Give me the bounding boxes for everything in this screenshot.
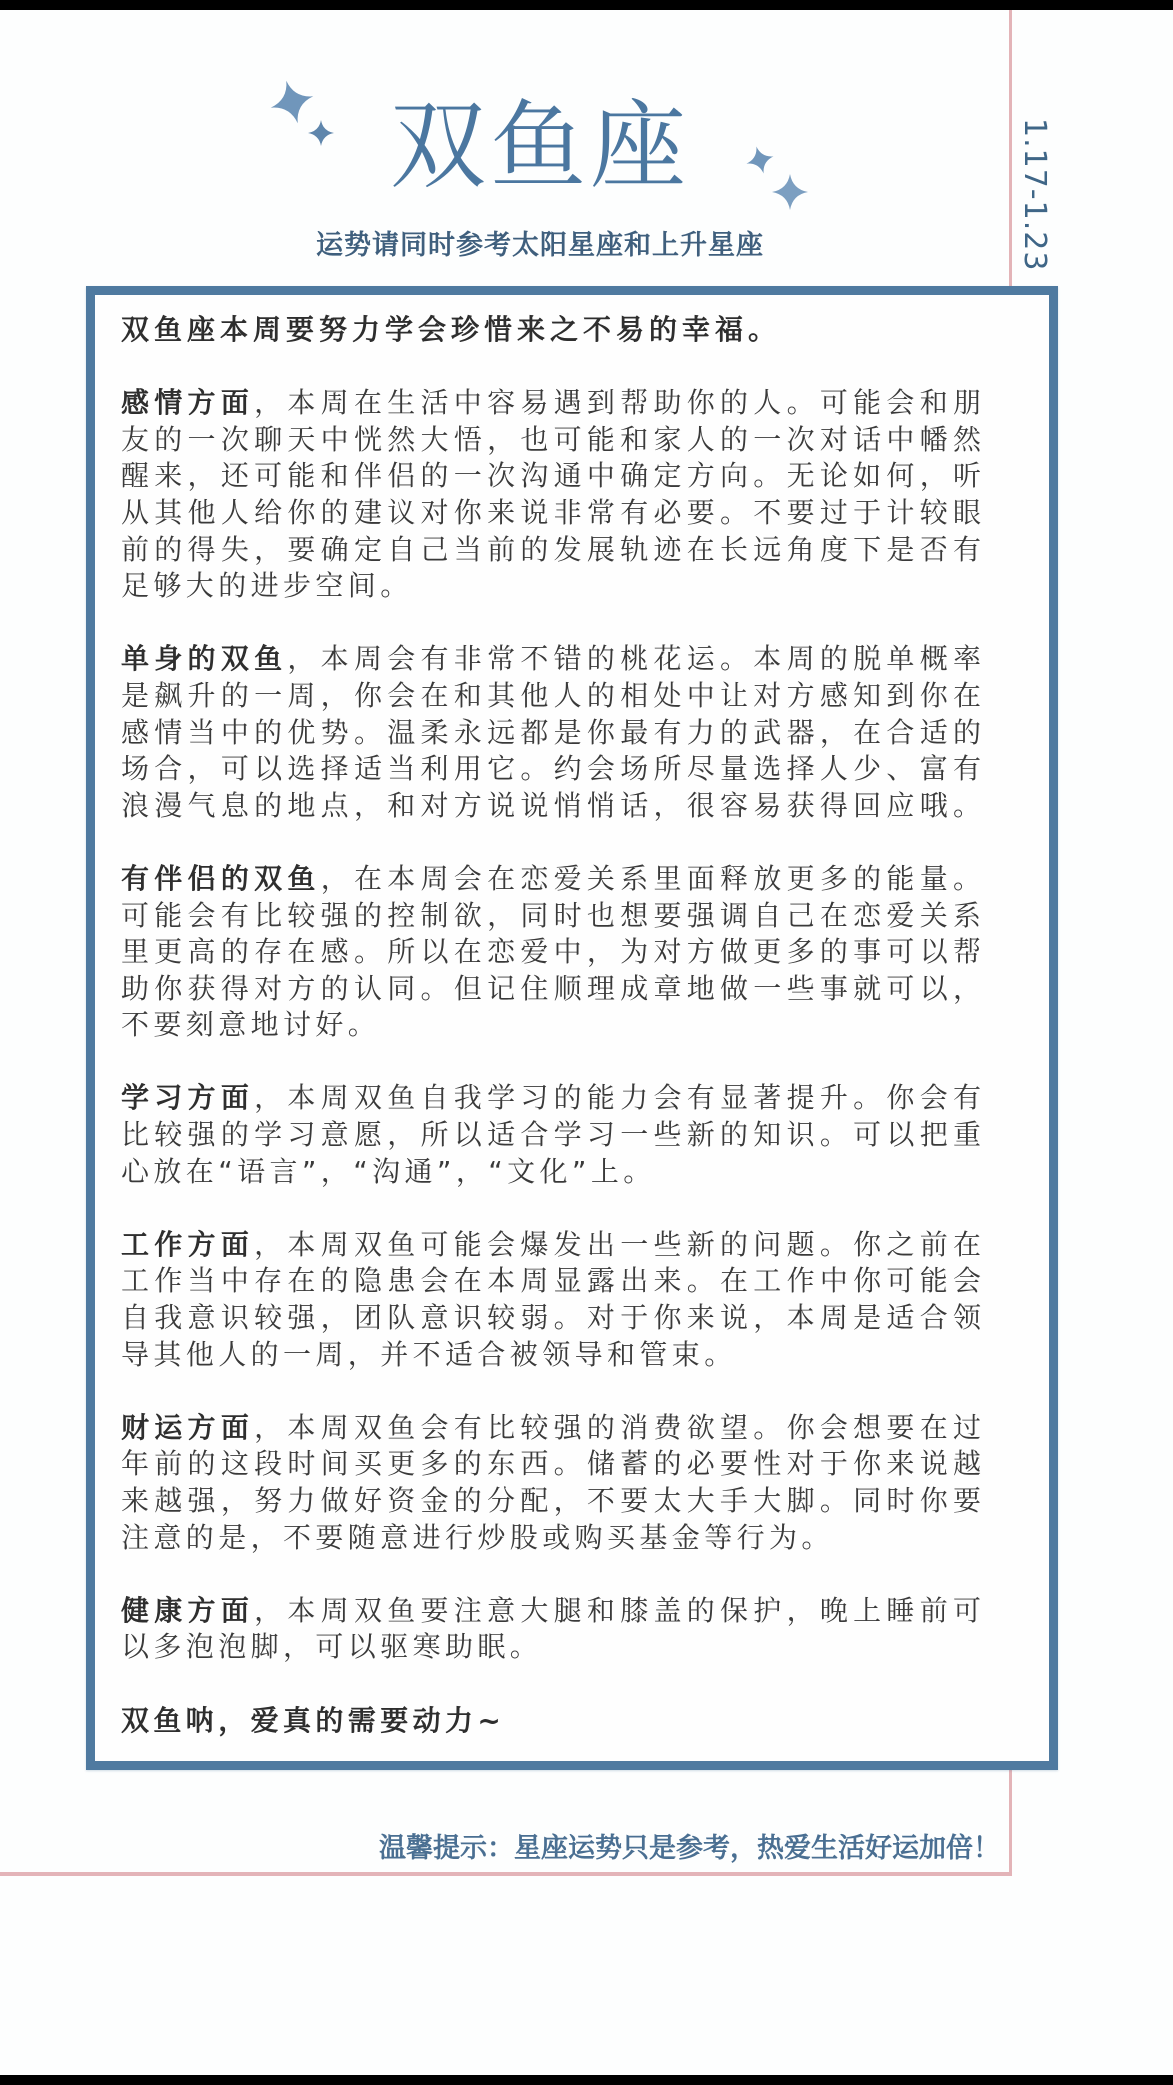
section-text: 以多泡泡脚，可以驱寒助眠。 <box>121 1629 981 1666</box>
section-text: 比较强的学习意愿，所以适合学习一些新的知识。可以把重 <box>121 1117 981 1154</box>
section-text: 不要刻意地讨好。 <box>121 1007 981 1044</box>
page-title: 双鱼座 <box>370 88 710 204</box>
section-work: 工作方面，本周双鱼可能会爆发出一些新的问题。你之前在 工作当中存在的隐患会在本周… <box>121 1227 981 1373</box>
section-text: 足够大的进步空间。 <box>121 568 981 605</box>
headline: 双鱼座本周要努力学会珍惜来之不易的幸福。 <box>121 312 981 349</box>
section-lead: 学习方面 <box>121 1081 254 1114</box>
section-text: 前的得失，要确定自己当前的发展轨迹在长远角度下是否有 <box>121 532 981 569</box>
section-text: 注意的是，不要随意进行炒股或购买基金等行为。 <box>121 1520 981 1557</box>
section-lead: 感情方面 <box>121 386 254 419</box>
section-lead: 单身的双鱼 <box>121 642 287 675</box>
section-lead: 财运方面 <box>121 1411 254 1444</box>
section-single: 单身的双鱼，本周会有非常不错的桃花运。本周的脱单概率 是飙升的一周，你会在和其他… <box>121 641 981 824</box>
footer-tip: 温馨提示：星座运势只是参考，热爱生活好运加倍！ <box>340 1830 1000 1868</box>
section-text: 助你获得对方的认同。但记住顺理成章地做一些事就可以， <box>121 971 981 1008</box>
section-text: 感情当中的优势。温柔永远都是你最有力的武器，在合适的 <box>121 715 981 752</box>
section-text: 工作当中存在的隐患会在本周显露出来。在工作中你可能会 <box>121 1263 981 1300</box>
section-text: ，本周双鱼要注意大腿和膝盖的保护，晚上睡前可 <box>254 1594 981 1627</box>
section-lead: 健康方面 <box>121 1594 254 1627</box>
section-text: 可能会有比较强的控制欲，同时也想要强调自己在恋爱关系 <box>121 898 981 935</box>
section-text: 年前的这段时间买更多的东西。储蓄的必要性对于你来说越 <box>121 1446 981 1483</box>
section-text: ，在本周会在恋爱关系里面释放更多的能量。 <box>321 862 981 895</box>
section-text: ，本周双鱼可能会爆发出一些新的问题。你之前在 <box>254 1228 981 1261</box>
section-text: 从其他人给你的建议对你来说非常有必要。不要过于计较眼 <box>121 495 981 532</box>
section-study: 学习方面，本周双鱼自我学习的能力会有显著提升。你会有 比较强的学习意愿，所以适合… <box>121 1080 981 1190</box>
headline-paragraph: 双鱼座本周要努力学会珍惜来之不易的幸福。 <box>121 312 981 349</box>
section-love: 感情方面，本周在生活中容易遇到帮助你的人。可能会和朋 友的一次聊天中恍然大悟，也… <box>121 385 981 605</box>
page-subtitle: 运势请同时参考太阳星座和上升星座 <box>290 228 790 264</box>
section-text: ，本周会有非常不错的桃花运。本周的脱单概率 <box>287 642 981 675</box>
section-text: 里更高的存在感。所以在恋爱中，为对方做更多的事可以帮 <box>121 934 981 971</box>
section-partnered: 有伴侣的双鱼，在本周会在恋爱关系里面释放更多的能量。 可能会有比较强的控制欲，同… <box>121 861 981 1044</box>
closing-line: 双鱼呐，爱真的需要动力~ <box>121 1703 981 1740</box>
section-text: 心放在“语言”，“沟通”，“文化”上。 <box>121 1154 981 1191</box>
sparkle-icon <box>746 146 774 174</box>
horoscope-body: 双鱼座本周要努力学会珍惜来之不易的幸福。 感情方面，本周在生活中容易遇到帮助你的… <box>121 312 981 1776</box>
date-range: 1.17-1.23 <box>1014 118 1054 288</box>
section-text: 醒来，还可能和伴侣的一次沟通中确定方向。无论如何，听 <box>121 458 981 495</box>
sparkle-icon <box>308 120 334 146</box>
section-text: 浪漫气息的地点，和对方说说悄悄话，很容易获得回应哦。 <box>121 788 981 825</box>
section-text: ，本周在生活中容易遇到帮助你的人。可能会和朋 <box>254 386 981 419</box>
section-text: ，本周双鱼会有比较强的消费欲望。你会想要在过 <box>254 1411 981 1444</box>
section-finance: 财运方面，本周双鱼会有比较强的消费欲望。你会想要在过 年前的这段时间买更多的东西… <box>121 1410 981 1556</box>
sparkle-icon <box>270 80 314 124</box>
sparkle-icon <box>772 174 808 210</box>
closing-paragraph: 双鱼呐，爱真的需要动力~ <box>121 1703 981 1740</box>
pink-horizontal-line <box>0 1872 1012 1876</box>
section-lead: 有伴侣的双鱼 <box>121 862 321 895</box>
top-black-bar <box>0 0 1173 10</box>
section-health: 健康方面，本周双鱼要注意大腿和膝盖的保护，晚上睡前可 以多泡泡脚，可以驱寒助眠。 <box>121 1593 981 1666</box>
section-text: 友的一次聊天中恍然大悟，也可能和家人的一次对话中幡然 <box>121 422 981 459</box>
section-text: ，本周双鱼自我学习的能力会有显著提升。你会有 <box>254 1081 981 1114</box>
section-text: 是飙升的一周，你会在和其他人的相处中让对方感知到你在 <box>121 678 981 715</box>
section-text: 来越强，努力做好资金的分配，不要太大手大脚。同时你要 <box>121 1483 981 1520</box>
section-text: 自我意识较强，团队意识较弱。对于你来说，本周是适合领 <box>121 1300 981 1337</box>
section-text: 场合，可以选择适当利用它。约会场所尽量选择人少、富有 <box>121 751 981 788</box>
section-text: 导其他人的一周，并不适合被领导和管束。 <box>121 1337 981 1374</box>
section-lead: 工作方面 <box>121 1228 254 1261</box>
bottom-black-bar <box>0 2075 1173 2085</box>
